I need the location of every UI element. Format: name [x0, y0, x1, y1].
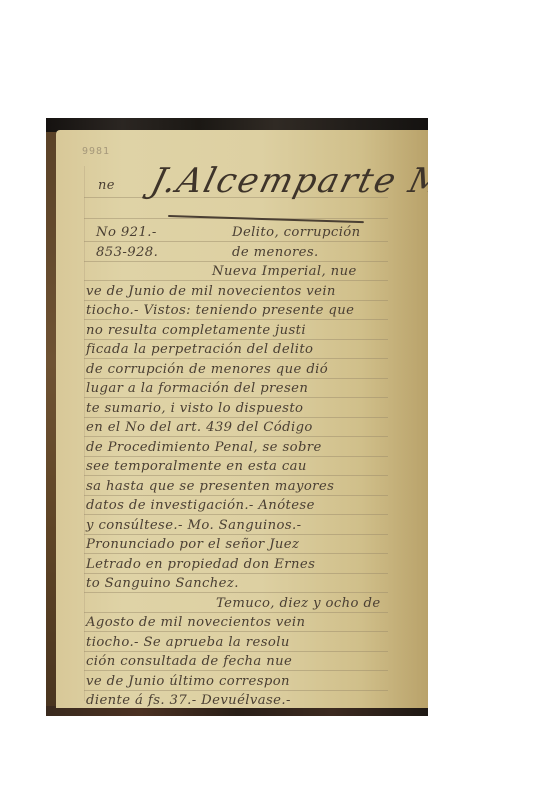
- body-line: tiocho.- Vistos: teniendo presente que: [86, 304, 354, 317]
- body-line: Pronunciado por el señor Juez: [86, 538, 299, 551]
- ruled-line: [84, 475, 388, 476]
- body-line: te sumario, i visto lo dispuesto: [86, 402, 303, 415]
- body-line: diente á fs. 37.- Devuélvase.-: [86, 694, 291, 707]
- body-line: Temuco, diez y ocho de: [216, 597, 381, 610]
- ruled-line: [84, 417, 388, 418]
- body-line: de Procedimiento Penal, se sobre: [86, 441, 322, 454]
- body-line: sa hasta que se presenten mayores: [86, 480, 334, 493]
- ruled-line: [84, 670, 388, 671]
- body-line: no resulta completamente justi: [86, 324, 306, 337]
- body-line: to Sanguino Sanchez.: [86, 577, 239, 590]
- scanned-document: 9981 ne J.Alcemparte M. No 921: [46, 118, 428, 716]
- book-spine: [46, 132, 56, 706]
- ruled-line: [84, 261, 388, 262]
- body-line: ficada la perpetración del delito: [86, 343, 313, 356]
- ruled-line: [84, 690, 388, 691]
- entry-subject-line-2: de menores.: [232, 246, 319, 259]
- body-line: y consúltese.- Mo. Sanguinos.-: [86, 519, 301, 532]
- ledger-page: 9981 ne J.Alcemparte M. No 921: [56, 130, 428, 708]
- entry-number: No 921.-: [96, 226, 157, 239]
- body-line: Agosto de mil novecientos vein: [86, 616, 305, 629]
- body-line: Letrado en propiedad don Ernes: [86, 558, 315, 571]
- ruled-line: [84, 358, 388, 359]
- header-prefix: ne: [98, 179, 115, 192]
- ruled-line: [84, 651, 388, 652]
- body-line: datos de investigación.- Anótese: [86, 499, 315, 512]
- ruled-line: [84, 300, 388, 301]
- margin-rule: [84, 166, 85, 701]
- ruled-line: [84, 319, 388, 320]
- ruled-line: [84, 280, 388, 281]
- body-line: ción consultada de fecha nue: [86, 655, 292, 668]
- body-line: en el No del art. 439 del Código: [86, 421, 313, 434]
- ruled-line: [84, 397, 388, 398]
- ruled-line: [84, 339, 388, 340]
- ruled-line: [84, 612, 388, 613]
- signature: J.Alcemparte M.: [148, 164, 428, 198]
- ruled-line: [84, 378, 388, 379]
- body-line: Nueva Imperial, nue: [212, 265, 357, 278]
- ruled-line: [84, 631, 388, 632]
- entry-subject-line-1: Delito, corrupción: [232, 226, 361, 239]
- ruled-line: [84, 573, 388, 574]
- ruled-line: [84, 553, 388, 554]
- body-line: lugar a la formación del presen: [86, 382, 308, 395]
- ruled-line: [84, 436, 388, 437]
- ruled-line: [84, 241, 388, 242]
- body-line: see temporalmente en esta cau: [86, 460, 307, 473]
- body-line: de corrupción de menores que dió: [86, 363, 328, 376]
- ruled-line: [84, 592, 388, 593]
- ruled-line: [84, 514, 388, 515]
- body-line: ve de Junio último correspon: [86, 675, 290, 688]
- body-line: tiocho.- Se aprueba la resolu: [86, 636, 290, 649]
- signature-underline: [168, 215, 364, 223]
- ruled-line: [84, 534, 388, 535]
- ruled-line: [84, 456, 388, 457]
- ruled-line: [84, 495, 388, 496]
- body-line: ve de Junio de mil novecientos vein: [86, 285, 336, 298]
- entry-reference: 853-928.: [96, 246, 158, 259]
- page-stamp-number: 9981: [82, 146, 110, 157]
